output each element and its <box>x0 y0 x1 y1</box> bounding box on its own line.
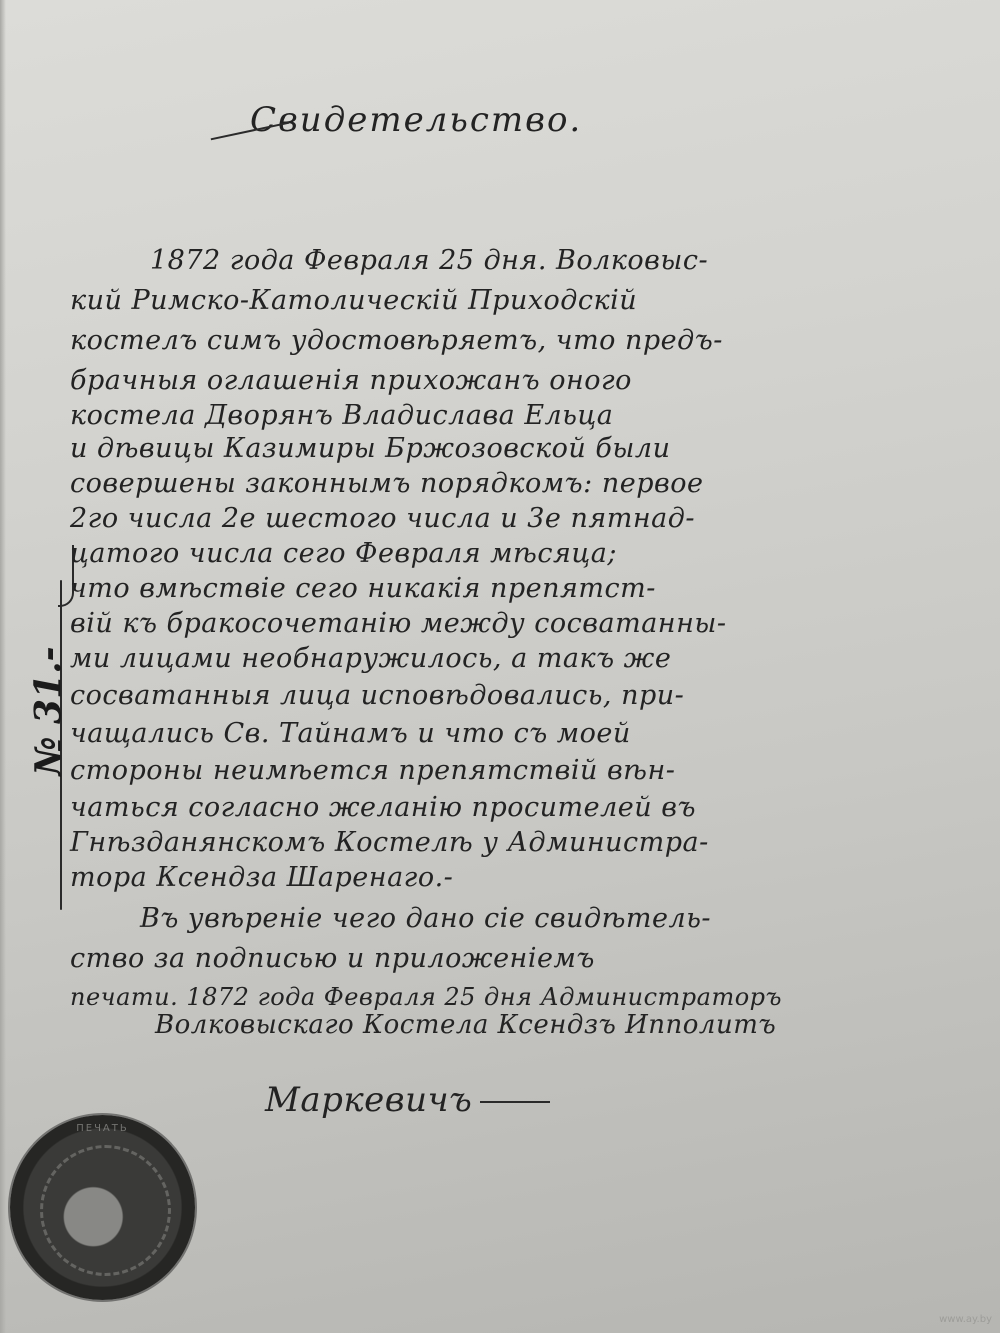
body-line: стороны неимѣется препятствій вѣн- <box>70 755 675 786</box>
body-line: ми лицами необнаружилось, а такъ же <box>70 643 671 674</box>
seal-emblem <box>40 1145 171 1276</box>
body-line: чаться согласно желанію просителей въ <box>70 792 696 823</box>
body-line: костела Дворянъ Владислава Ельца <box>70 400 613 431</box>
body-line: 1872 года Февраля 25 дня. Волковыс- <box>150 245 708 276</box>
body-line: костелъ симъ удостовѣряетъ, что предъ- <box>70 325 723 356</box>
closing-line: Въ увѣреніе чего дано сіе свидѣтель- <box>140 903 711 934</box>
body-line: цатого числа сего Февраля мѣсяца; <box>70 538 617 569</box>
seal-text: ПЕЧАТЬ <box>10 1123 195 1134</box>
body-line: что вмѣствіе сего никакія препятст- <box>70 573 656 604</box>
signature-name: Маркевичъ <box>265 1080 550 1120</box>
watermark: www.ay.by <box>939 1314 992 1325</box>
body-line: и дѣвицы Казимиры Бржозовской были <box>70 433 670 464</box>
body-line: сосватанныя лица исповѣдовались, при- <box>70 680 684 711</box>
document-number: № 31.- <box>28 646 70 775</box>
body-line: кий Римско-Католическій Приходскій <box>70 285 637 316</box>
body-line: Гнѣзданянскомъ Костелѣ у Администра- <box>70 827 709 858</box>
closing-line: печати. 1872 года Февраля 25 дня Админис… <box>70 983 782 1011</box>
seal-stamp-icon: ПЕЧАТЬ <box>10 1115 195 1300</box>
paper-edge <box>0 0 6 1333</box>
body-line: 2го числа 2е шестого числа и 3е пятнад- <box>70 503 695 534</box>
document-title: Свидетельство. <box>250 100 582 140</box>
body-line: брачныя оглашенія прихожанъ оного <box>70 365 632 396</box>
body-line: чащались Св. Тайнамъ и что съ моей <box>70 718 631 749</box>
closing-line: ство за подписью и приложеніемъ <box>70 943 595 974</box>
signature-title: Волковыскаго Костела Ксендзъ Ипполитъ <box>155 1010 776 1040</box>
body-line: совершены законнымъ порядкомъ: первое <box>70 468 703 499</box>
body-line: тора Ксендза Шаренаго.- <box>70 862 453 893</box>
body-line: вій къ бракосочетанію между сосватанны- <box>70 608 727 639</box>
